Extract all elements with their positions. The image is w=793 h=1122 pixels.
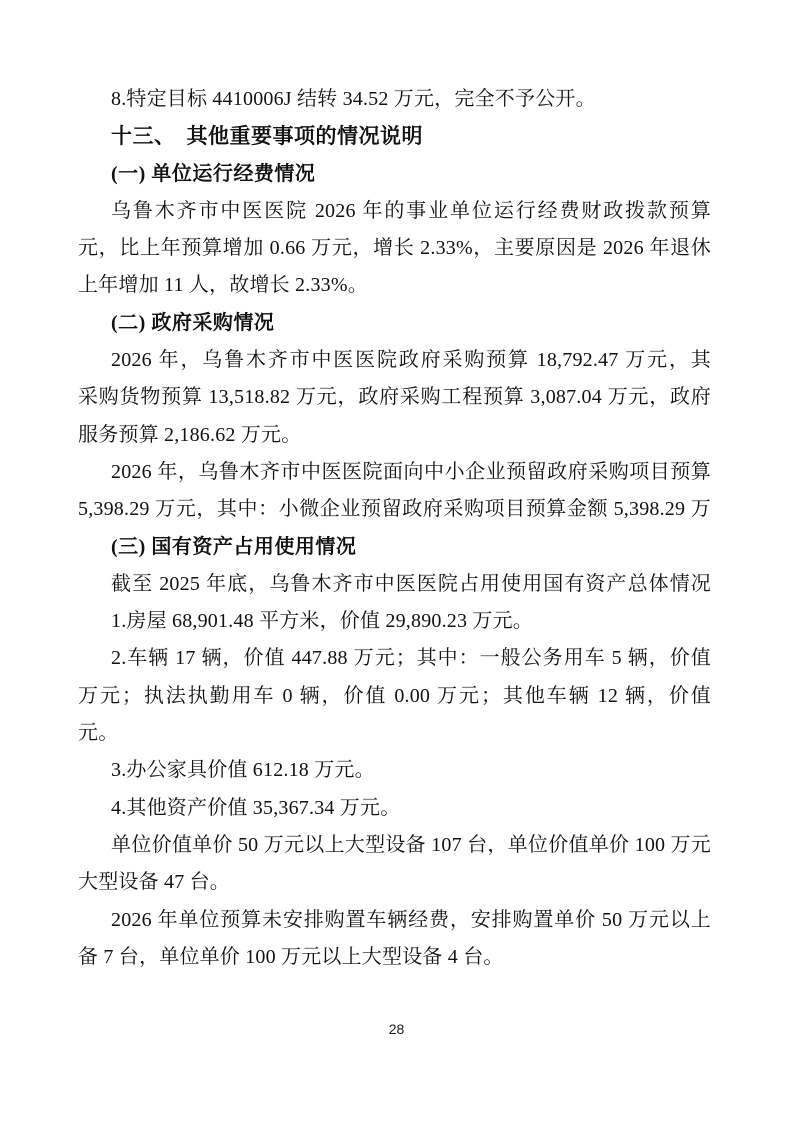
paragraph-line: 单位价值单价 50 万元以上大型设备 107 台，单位价值单价 100 万元以上 <box>78 827 711 864</box>
paragraph-line: 乌鲁木齐市中医医院 2026 年的事业单位运行经费财政拨款预算 28.98 万 <box>78 193 711 230</box>
paragraph-line: 万元；执法执勤用车 0 辆，价值 0.00 万元；其他车辆 12 辆，价值 34… <box>78 678 711 715</box>
paragraph-line: 服务预算 2,186.62 万元。 <box>78 417 711 454</box>
paragraph-line: 4.其他资产价值 35,367.34 万元。 <box>78 790 711 827</box>
subsection-3-heading: (三) 国有资产占用使用情况 <box>78 529 711 566</box>
paragraph-line: 5,398.29 万元，其中：小微企业预留政府采购项目预算金额 5,398.29… <box>78 491 711 528</box>
paragraph-line: 采购货物预算 13,518.82 万元，政府采购工程预算 3,087.04 万元… <box>78 379 711 416</box>
paragraph-line: 2.车辆 17 辆，价值 447.88 万元；其中：一般公务用车 5 辆，价值 … <box>78 640 711 677</box>
paragraph-line: 1.房屋 68,901.48 平方米，价值 29,890.23 万元。 <box>78 603 711 640</box>
document-body: 8.特定目标 4410006J 结转 34.52 万元，完全不予公开。 十三、 … <box>78 81 711 976</box>
paragraph-line: 8.特定目标 4410006J 结转 34.52 万元，完全不予公开。 <box>78 81 711 118</box>
document-page: 8.特定目标 4410006J 结转 34.52 万元，完全不予公开。 十三、 … <box>0 0 793 1122</box>
paragraph-line: 截至 2025 年底，乌鲁木齐市中医医院占用使用国有资产总体情况为： <box>78 566 711 603</box>
paragraph-line: 元，比上年预算增加 0.66 万元，增长 2.33%，主要原因是 2026 年退… <box>78 230 711 267</box>
paragraph-line: 备 7 台，单位单价 100 万元以上大型设备 4 台。 <box>78 939 711 976</box>
paragraph-line: 上年增加 11 人，故增长 2.33%。 <box>78 267 711 304</box>
paragraph-line: 大型设备 47 台。 <box>78 864 711 901</box>
paragraph-line: 2026 年单位预算未安排购置车辆经费，安排购置单价 50 万元以上大型设 <box>78 902 711 939</box>
paragraph-line: 3.办公家具价值 612.18 万元。 <box>78 752 711 789</box>
subsection-2-heading: (二) 政府采购情况 <box>78 305 711 342</box>
paragraph-line: 2026 年，乌鲁木齐市中医医院面向中小企业预留政府采购项目预算金额 <box>78 454 711 491</box>
paragraph-line: 元。 <box>78 715 711 752</box>
section-13-heading: 十三、 其他重要事项的情况说明 <box>78 118 711 155</box>
paragraph-line: 2026 年，乌鲁木齐市中医医院政府采购预算 18,792.47 万元，其中：政… <box>78 342 711 379</box>
page-number: 28 <box>0 1021 793 1037</box>
subsection-1-heading: (一) 单位运行经费情况 <box>78 156 711 193</box>
